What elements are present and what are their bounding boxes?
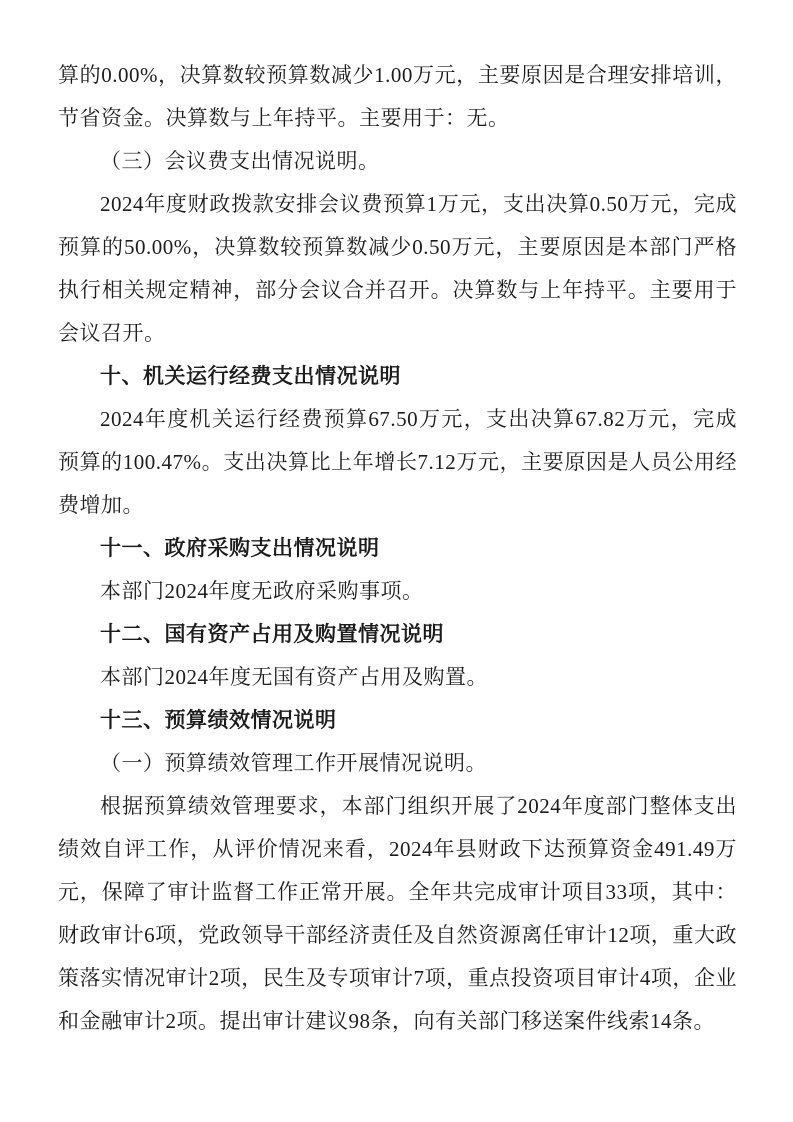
para-performance-self-evaluation: 根据预算绩效管理要求，本部门组织开展了2024年度部门整体支出绩效自评工作，从评…	[58, 785, 737, 1043]
heading-section-11-government-procurement: 十一、政府采购支出情况说明	[58, 527, 737, 570]
para-training-expense-continuation: 算的0.00%，决算数较预算数减少1.00万元，主要原因是合理安排培训，节省资金…	[58, 54, 737, 140]
subheading-performance-management: （一）预算绩效管理工作开展情况说明。	[58, 742, 737, 785]
document-page: 算的0.00%，决算数较预算数减少1.00万元，主要原因是合理安排培训，节省资金…	[0, 0, 793, 1122]
para-state-assets: 本部门2024年度无国有资产占用及购置。	[58, 656, 737, 699]
subheading-meeting-fee: （三）会议费支出情况说明。	[58, 140, 737, 183]
heading-section-13-budget-performance: 十三、预算绩效情况说明	[58, 699, 737, 742]
heading-section-12-state-assets: 十二、国有资产占用及购置情况说明	[58, 613, 737, 656]
para-meeting-fee-detail: 2024年度财政拨款安排会议费预算1万元，支出决算0.50万元，完成预算的50.…	[58, 183, 737, 355]
para-government-procurement: 本部门2024年度无政府采购事项。	[58, 570, 737, 613]
heading-section-10-operating-expense: 十、机关运行经费支出情况说明	[58, 355, 737, 398]
para-operating-expense-detail: 2024年度机关运行经费预算67.50万元，支出决算67.82万元，完成预算的1…	[58, 398, 737, 527]
